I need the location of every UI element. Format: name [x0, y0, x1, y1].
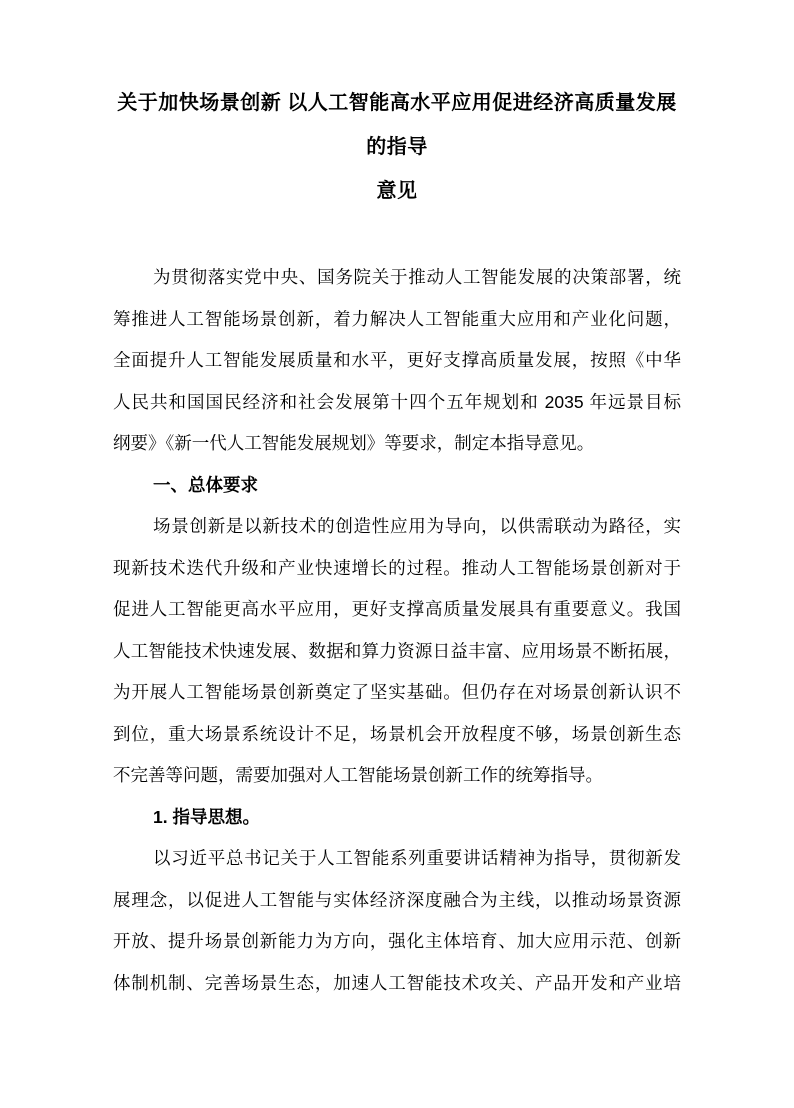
paragraph-line: 纲要》《新一代人工智能发展规划》等要求，制定本指导意见。 — [113, 423, 681, 465]
paragraph-line: 场景创新是以新技术的创造性应用为导向，以供需联动为路径，实 — [113, 506, 681, 548]
paragraph-line: 筹推进人工智能场景创新，着力解决人工智能重大应用和产业化问题， — [113, 299, 681, 341]
section-heading: 一、总体要求 — [113, 465, 681, 507]
paragraph-line: 人工智能技术快速发展、数据和算力资源日益丰富、应用场景不断拓展， — [113, 631, 681, 673]
document-content: 关于加快场景创新 以人工智能高水平应用促进经济高质量发展的指导 意见 为贯彻落实… — [113, 0, 681, 1004]
paragraph-line: 全面提升人工智能发展质量和水平，更好支撑高质量发展，按照《中华 — [113, 340, 681, 382]
paragraph-line: 不完善等问题，需要加强对人工智能场景创新工作的统筹指导。 — [113, 755, 681, 797]
document-title-line: 关于加快场景创新 以人工智能高水平应用促进经济高质量发展的指导 — [113, 81, 681, 169]
paragraph-line: 展理念，以促进人工智能与实体经济深度融合为主线，以推动场景资源 — [113, 880, 681, 922]
paragraph-line: 开放、提升场景创新能力为方向，强化主体培育、加大应用示范、创新 — [113, 921, 681, 963]
paragraph-line: 为开展人工智能场景创新奠定了坚实基础。但仍存在对场景创新认识不 — [113, 672, 681, 714]
section-heading: 1. 指导思想。 — [113, 797, 681, 839]
document-body: 为贯彻落实党中央、国务院关于推动人工智能发展的决策部署，统筹推进人工智能场景创新… — [113, 257, 681, 1004]
paragraph-line: 为贯彻落实党中央、国务院关于推动人工智能发展的决策部署，统 — [113, 257, 681, 299]
paragraph-line: 以习近平总书记关于人工智能系列重要讲话精神为指导，贯彻新发 — [113, 838, 681, 880]
document-title-line: 意见 — [113, 169, 681, 213]
paragraph-line: 人民共和国国民经济和社会发展第十四个五年规划和 2035 年远景目标 — [113, 382, 681, 424]
paragraph-line: 现新技术迭代升级和产业快速增长的过程。推动人工智能场景创新对于 — [113, 548, 681, 590]
document-title: 关于加快场景创新 以人工智能高水平应用促进经济高质量发展的指导 意见 — [113, 0, 681, 213]
paragraph-line: 到位，重大场景系统设计不足，场景机会开放程度不够，场景创新生态 — [113, 714, 681, 756]
document-page: 关于加快场景创新 以人工智能高水平应用促进经济高质量发展的指导 意见 为贯彻落实… — [0, 0, 794, 1108]
paragraph-line: 体制机制、完善场景生态，加速人工智能技术攻关、产品开发和产业培 — [113, 963, 681, 1005]
paragraph-line: 促进人工智能更高水平应用，更好支撑高质量发展具有重要意义。我国 — [113, 589, 681, 631]
